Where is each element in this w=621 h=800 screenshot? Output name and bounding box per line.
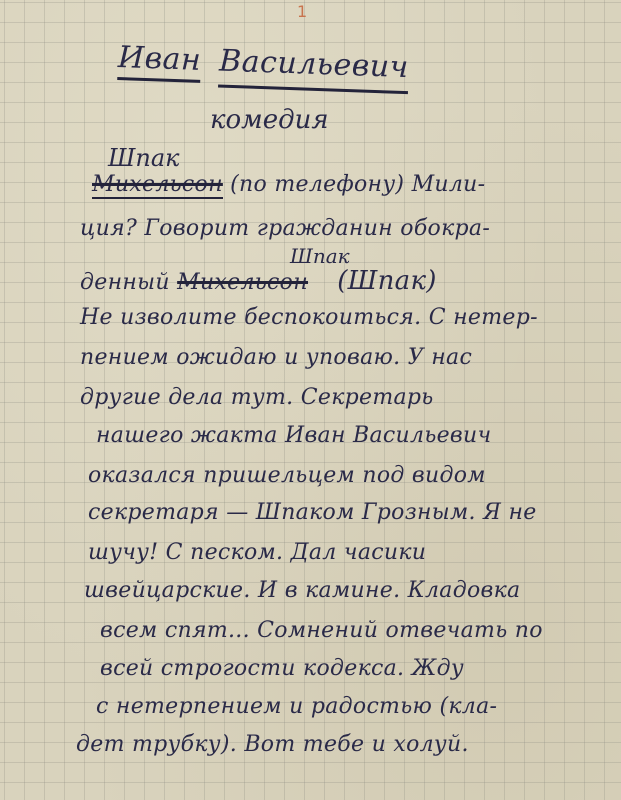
- manuscript-line-15: дет трубку). Вот тебе и холуй.: [76, 732, 469, 757]
- manuscript-line-3: денный Михельсон (Шпак): [80, 266, 437, 296]
- manuscript-line-13: всей строгости кодекса. Жду: [100, 656, 464, 681]
- manuscript-line-14: с нетерпением и радостью (кла-: [96, 694, 497, 719]
- manuscript-line-4: Не изволите беспокоиться. С нетер-: [80, 305, 538, 330]
- line-prefix: денный: [80, 270, 170, 295]
- page-number: 1: [297, 2, 307, 21]
- line-text: (по телефону) Мили-: [230, 172, 485, 197]
- correction-inline: Шпак: [290, 244, 350, 268]
- manuscript-line-6: другие дела тут. Секретарь: [80, 385, 434, 410]
- manuscript-line-9: секретаря — Шпаком Грозным. Я не: [88, 500, 537, 525]
- manuscript-page: 1 ИванВасильевич комедия Шпак Михельсон …: [0, 0, 621, 800]
- struck-word: Михельсон: [92, 172, 223, 199]
- manuscript-line-1: Михельсон (по телефону) Мили-: [92, 172, 485, 197]
- manuscript-line-5: пением ожидаю и уповаю. У нас: [80, 345, 472, 370]
- manuscript-line-2: ция? Говорит гражданин обокра-: [80, 216, 490, 241]
- correction-top: Шпак: [108, 144, 179, 172]
- manuscript-title: ИванВасильевич: [117, 40, 409, 85]
- title-second-word: Васильевич: [218, 44, 409, 95]
- manuscript-line-7: нашего жакта Иван Васильевич: [96, 423, 491, 448]
- line-suffix: (Шпак): [337, 266, 437, 296]
- genre-subtitle: комедия: [210, 105, 329, 135]
- struck-word: Михельсон: [177, 270, 308, 295]
- manuscript-line-8: оказался пришельцем под видом: [88, 463, 486, 488]
- manuscript-line-12: всем спят... Сомнений отвечать по: [100, 618, 543, 643]
- manuscript-line-10: шучу! С песком. Дал часики: [88, 540, 426, 565]
- manuscript-line-11: швейцарские. И в камине. Кладовка: [84, 578, 520, 603]
- title-first-word: Иван: [117, 40, 202, 83]
